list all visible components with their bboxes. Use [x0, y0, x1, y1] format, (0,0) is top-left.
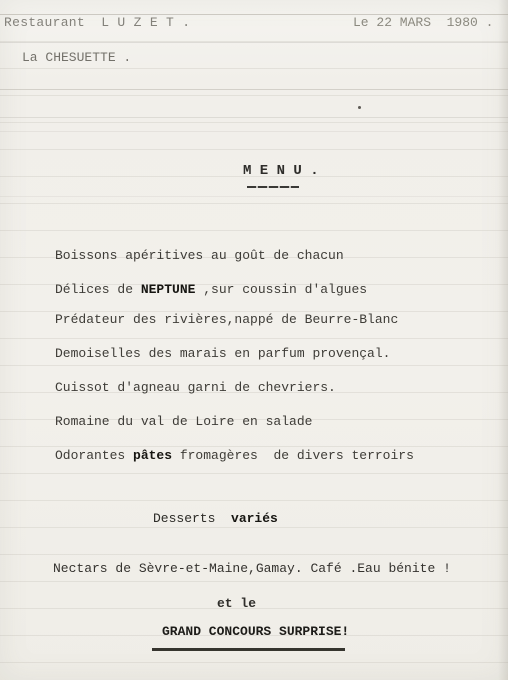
menu-item-text: Prédateur des rivières,nappé de Beurre-B…	[55, 312, 398, 327]
scanned-menu-page: Restaurant L U Z E T . Le 22 MARS 1980 .…	[0, 0, 508, 680]
scan-edge-shadow	[498, 0, 508, 680]
menu-item: Odorantes pâtes fromagères de divers ter…	[55, 448, 414, 463]
drinks-line: Nectars de Sèvre-et-Maine,Gamay. Café .E…	[53, 561, 451, 576]
ruled-line	[0, 117, 508, 118]
menu-item-text: fromagères de divers terroirs	[172, 448, 414, 463]
grand-finale-line: GRAND CONCOURS SURPRISE!	[162, 624, 349, 639]
menu-item-text: ,sur coussin d'algues	[195, 282, 367, 297]
menu-item: Cuissot d'agneau garni de chevriers.	[55, 380, 336, 395]
menu-item-text: Odorantes	[55, 448, 133, 463]
menu-item-emphasis: NEPTUNE	[141, 282, 196, 297]
restaurant-name: Restaurant L U Z E T .	[4, 15, 190, 30]
ruled-line	[0, 131, 508, 132]
room-or-event-name: La CHESUETTE .	[22, 50, 131, 65]
menu-item-text: Romaine du val de Loire en salade	[55, 414, 312, 429]
menu-item-text: Délices de	[55, 282, 141, 297]
desserts-line: Desserts variés	[153, 511, 278, 526]
menu-item-text: Cuissot d'agneau garni de chevriers.	[55, 380, 336, 395]
menu-item-text: Boissons apéritives au goût de chacun	[55, 248, 344, 263]
menu-item-emphasis: pâtes	[133, 448, 172, 463]
menu-date: Le 22 MARS 1980 .	[353, 15, 493, 30]
menu-heading: M E N U .	[243, 163, 319, 179]
menu-item: Prédateur des rivières,nappé de Beurre-B…	[55, 312, 398, 327]
grand-finale-underline	[152, 648, 345, 651]
ink-speck	[358, 106, 361, 109]
paper-ruling	[0, 0, 508, 680]
ruled-line	[0, 42, 508, 43]
desserts-emphasis: variés	[231, 511, 278, 526]
menu-item: Romaine du val de Loire en salade	[55, 414, 312, 429]
desserts-text: Desserts	[153, 511, 231, 526]
ruled-line	[0, 196, 508, 197]
menu-heading-underline	[247, 186, 299, 188]
menu-item: Délices de NEPTUNE ,sur coussin d'algues	[55, 282, 367, 297]
connector-line: et le	[217, 596, 256, 611]
menu-item: Demoiselles des marais en parfum provenç…	[55, 346, 390, 361]
menu-item: Boissons apéritives au goût de chacun	[55, 248, 344, 263]
menu-item-text: Demoiselles des marais en parfum provenç…	[55, 346, 390, 361]
ruled-line	[0, 89, 508, 90]
